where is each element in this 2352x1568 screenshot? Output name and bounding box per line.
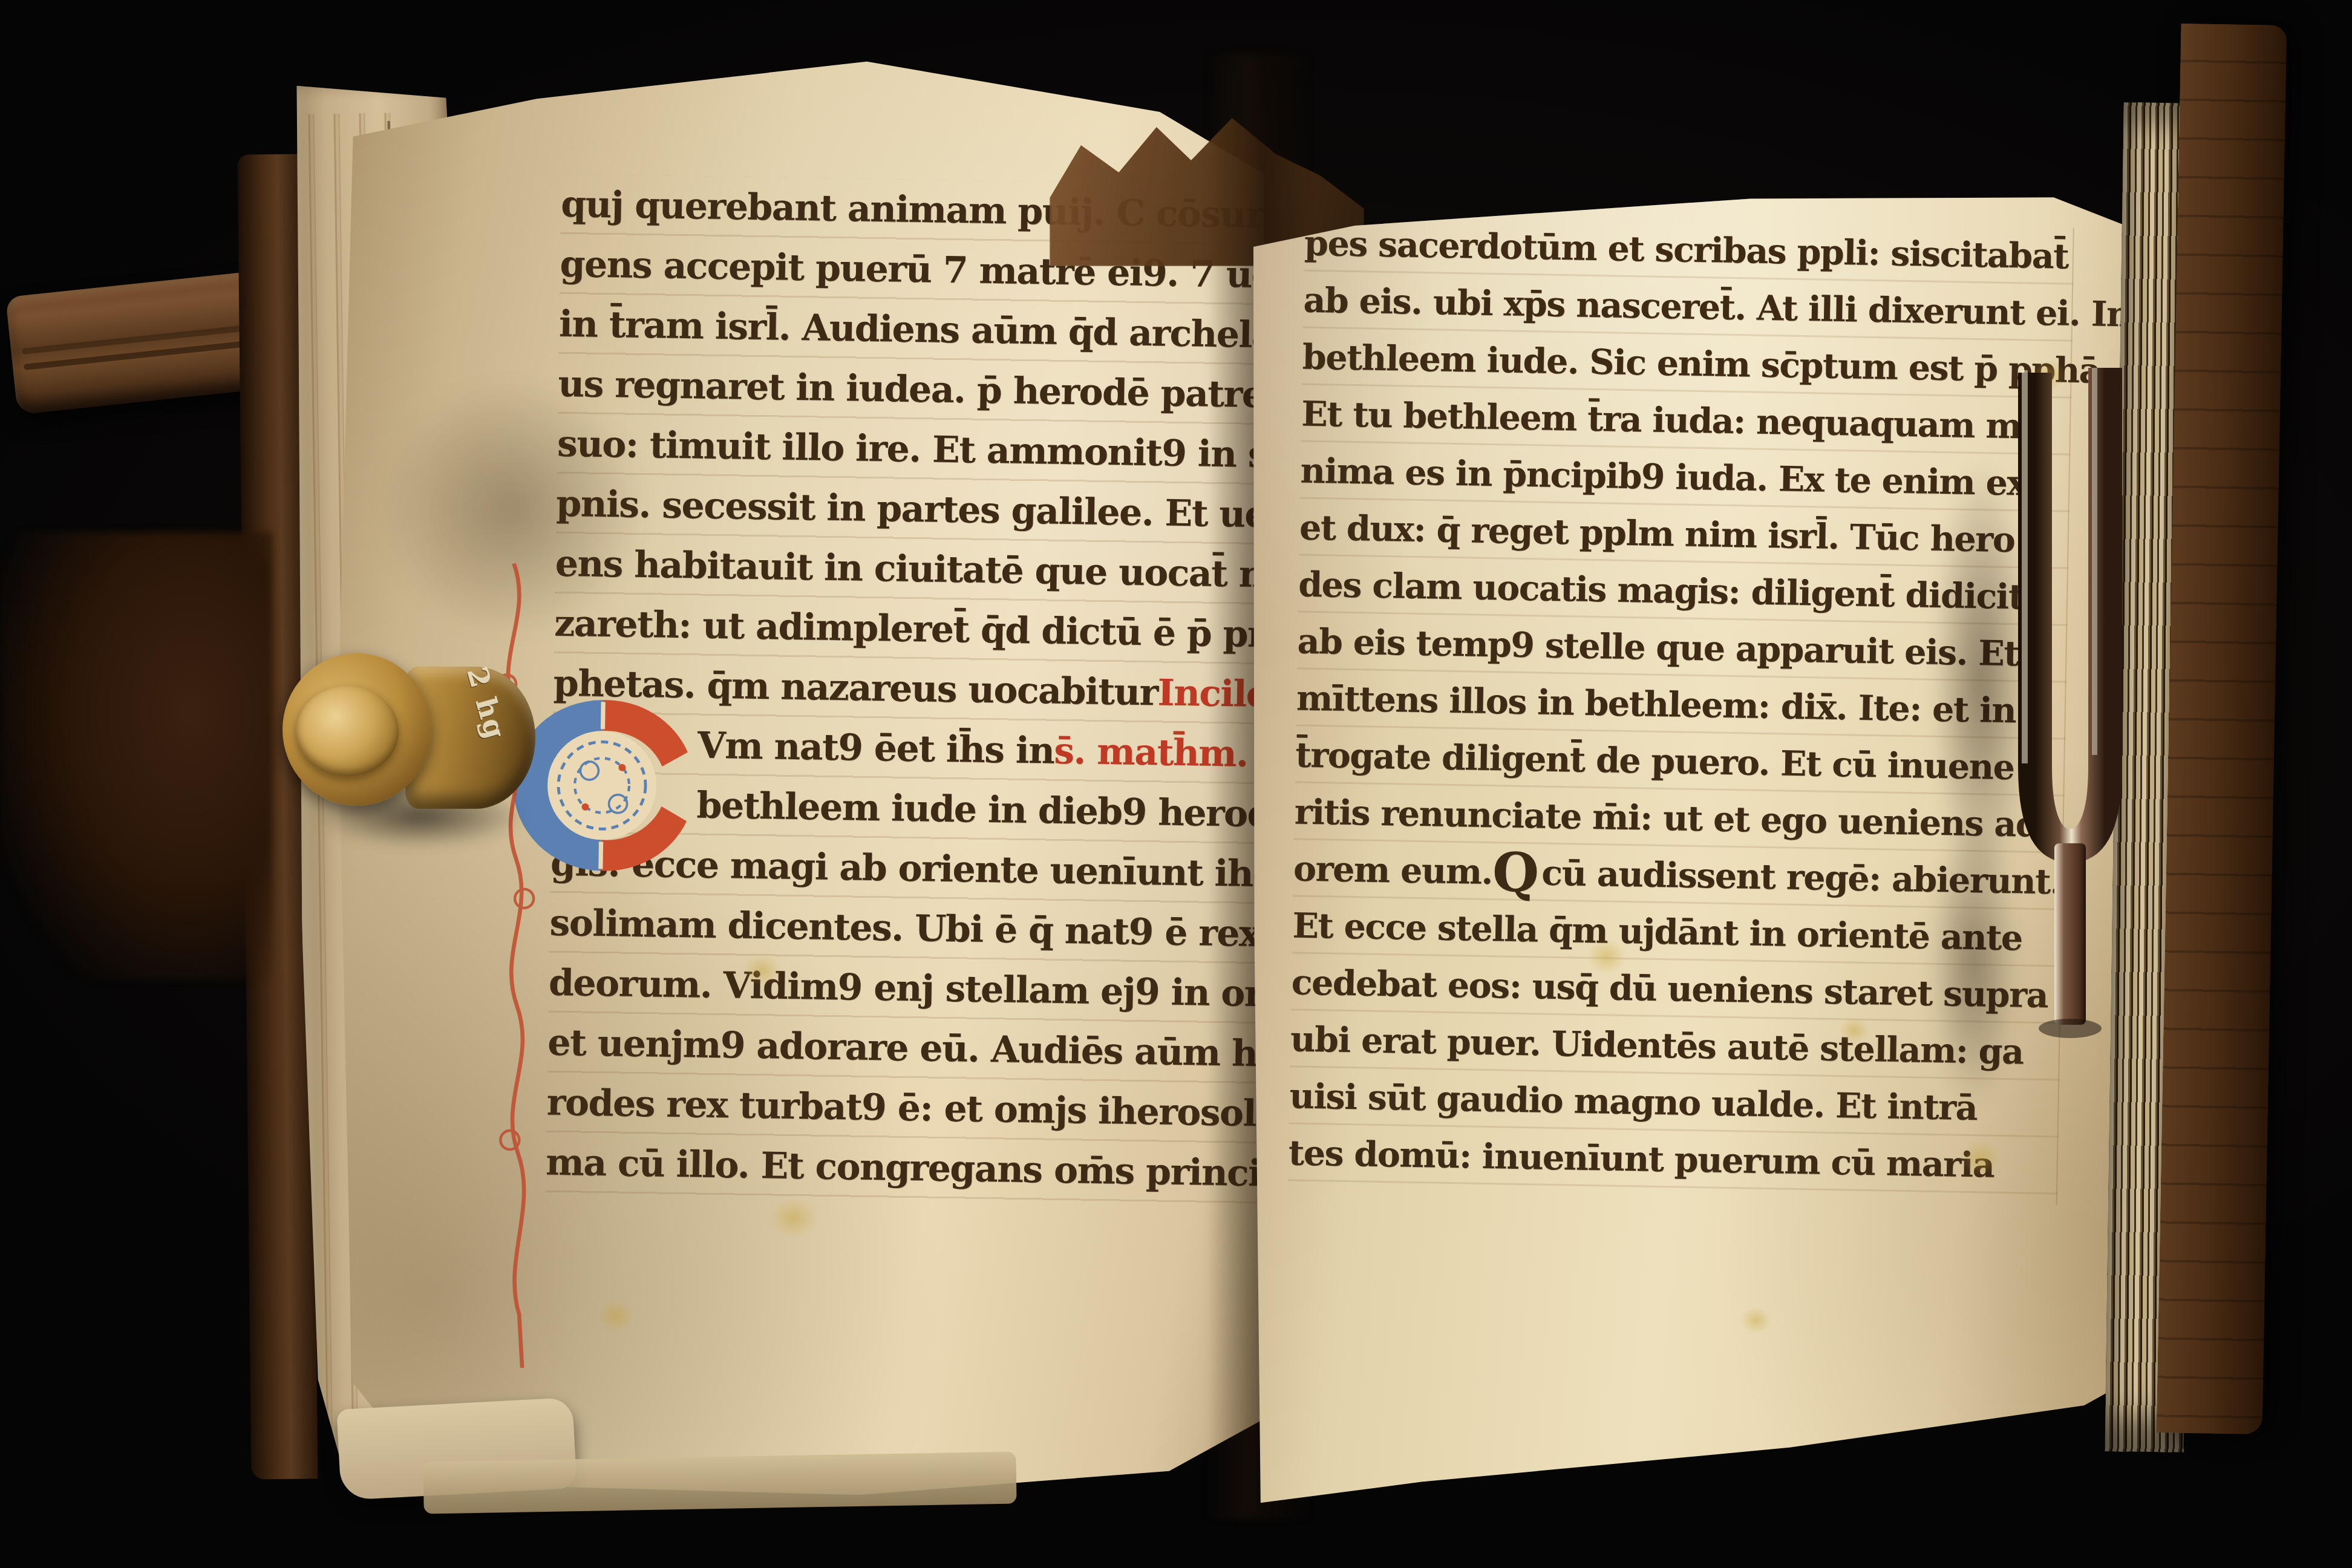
ink-text: in t̄ram isrl̄. Audiens aūm q̄d archela <box>559 302 1275 356</box>
ink-text: rodes rex turbat9 ē: et omjs iherosoli <box>546 1081 1269 1135</box>
ink-text: pes sacerdotūm et scribas ppli: siscitab… <box>1304 223 2069 276</box>
manuscript-line: rodes rex turbat9 ē: et omjs iherosoli <box>546 1073 1258 1143</box>
ink-text: tes domū: inuenīunt puerum cū maria <box>1288 1132 1994 1185</box>
wax-stain <box>760 1191 828 1246</box>
wax-stain <box>1579 932 1633 981</box>
wax-stain <box>1734 1302 1777 1338</box>
ink-text: et uenjm9 adorare eū. Audiēs aūm he <box>547 1021 1280 1075</box>
ink-text: orem eum. <box>1293 848 1493 892</box>
manuscript-line: in t̄ram isrl̄. Audiens aūm q̄d archela <box>558 294 1270 365</box>
tuning-fork-page-holder <box>2004 368 2137 1057</box>
manuscript-line: solimam dicentes. Ubi ē q̄ nat9 ē rex iu <box>549 893 1261 964</box>
ink-text: Vm nat9 ēet ih̄s in <box>697 724 1054 772</box>
wax-stain <box>1953 1134 2008 1182</box>
manuscript-line: zareth: ut adimpleret̄ q̄d dictū ē p̄ pr… <box>554 593 1266 664</box>
brass-weight: 2 hg <box>275 642 566 860</box>
manuscript-line: suo: timuit illo ire. Et ammonit9 in sō <box>557 414 1268 485</box>
fork-glyph <box>2004 368 2137 1057</box>
manuscript-line: us regnaret in iudea. p̄ herodē patre su <box>558 354 1269 425</box>
manuscript-line: pnis. secessit in partes galilee. Et uen… <box>556 474 1267 544</box>
manuscript-line: et uenjm9 adorare eū. Audiēs aūm he <box>547 1013 1259 1083</box>
manuscript-line: ma cū illo. Et congregans om̄s princi <box>546 1132 1257 1203</box>
ink-text: Q <box>1492 872 1538 872</box>
ink-text: zareth: ut adimpleret̄ q̄d dictū ē p̄ pr… <box>554 602 1289 656</box>
initial-split-gap <box>601 841 601 869</box>
ink-text: ab eis. ubi xp̄s nasceret̄. At illi dixe… <box>1303 279 2131 335</box>
wax-stain <box>1833 1012 1875 1048</box>
manuscript-line: ens habitauit in ciuitatē que uocat̄ na <box>555 534 1266 604</box>
manuscript-line: deorum. Vidim9 enj stellam ej9 in orient… <box>548 953 1259 1024</box>
under-page-edge <box>423 1451 1016 1514</box>
flourish-curl <box>500 1131 519 1149</box>
ink-text: bethleem iude. Sic enim sc̄ptum est p̄ p… <box>1302 336 2112 391</box>
ink-text: uisi sūt gaudio magno ualde. Et intrā <box>1289 1076 1978 1128</box>
stem-shadow <box>2039 1019 2102 1038</box>
ink-text: ens habitauit in ciuitatē que uocat̄ na <box>555 542 1287 596</box>
photo-of-open-manuscript: ciii. xi. secundū 7. quj querebant anima… <box>0 0 2352 1568</box>
wax-stain <box>592 1295 640 1338</box>
wax-stain <box>734 949 789 991</box>
initial-split-gap <box>603 702 603 729</box>
cover-corner-shadow <box>0 532 272 980</box>
prong-highlight <box>2092 368 2097 755</box>
ink-text: ma cū illo. Et congregans om̄s princi <box>546 1141 1261 1195</box>
ink-text: solimam dicentes. Ubi ē q̄ nat9 ē rex iu <box>549 901 1310 956</box>
prong-highlight <box>2022 370 2028 763</box>
ink-text: pnis. secessit in partes galilee. Et uen… <box>556 482 1305 536</box>
flourish-curl <box>515 889 534 908</box>
weight-knob <box>296 686 399 777</box>
ink-text: suo: timuit illo ire. Et ammonit9 in sō <box>557 422 1291 476</box>
fork-stem <box>2054 843 2086 1025</box>
